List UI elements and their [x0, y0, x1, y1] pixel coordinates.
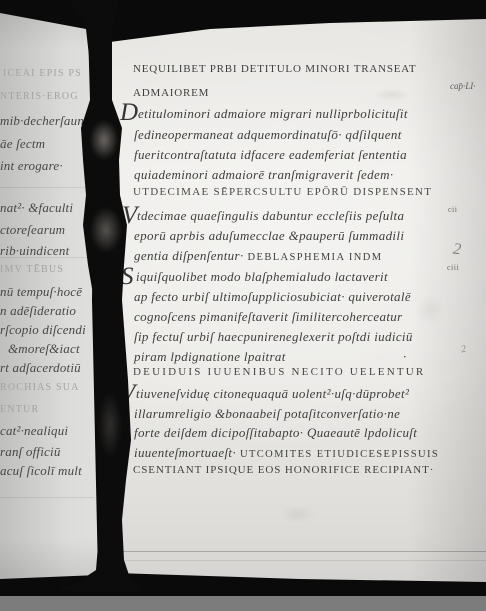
- page-edge-crease: [114, 560, 486, 561]
- manuscript-line: tiuveneſviduę citonequaquā uolent²·uſq·d…: [136, 386, 409, 402]
- manuscript-line: illarumreligio &bonaabeiſ potaſitconverſ…: [134, 406, 400, 422]
- manuscript-line: fueritcontraſtatuta idfacere eademferiat…: [134, 147, 407, 163]
- manuscript-line: tdecimae quaeſingulis dabuntur eccleſiis…: [137, 208, 404, 224]
- parchment-smudge: [280, 505, 316, 523]
- manuscript-line: piram lpdignatione lpaitrat: [134, 349, 286, 365]
- manuscript-line: ENTUR: [0, 404, 39, 415]
- margin-flourish: 2: [452, 241, 462, 260]
- parchment-smudge: [415, 295, 445, 325]
- manuscript-line: mib·decherſaun: [0, 113, 84, 129]
- manuscript-line: ICEAI EPIS PS: [3, 68, 82, 79]
- punctuation-dot: ·: [403, 349, 407, 365]
- manuscript-line: forte deiſdem dicipoſſitabapto· Quaeautē…: [134, 425, 417, 441]
- manuscript-line: int erogare·: [0, 158, 63, 174]
- manuscript-line: nū tempuſ·hocē: [0, 284, 82, 300]
- manuscript-heading-line: UTDECIMAE SĒPERCSULTU EPŌRŪ DISPENSENT: [133, 186, 432, 198]
- page-edge-crease: [110, 551, 486, 552]
- manuscript-photo: ICEAI EPIS PS NTERIS·EROG mib·decherſaun…: [0, 0, 486, 611]
- initial-letter-D: D: [120, 100, 138, 125]
- manuscript-line: ROCHIAS SUA: [0, 382, 80, 393]
- manuscript-line: rſcopio diſcendi: [0, 322, 86, 338]
- manuscript-line: nat²· &faculti: [0, 200, 73, 216]
- line-caps-part: DEBLASPHEMIA INDM: [248, 252, 383, 263]
- manuscript-heading-line: NEQUILIBET PRBI DETITULO MINORI TRANSEAT: [133, 63, 416, 75]
- manuscript-line: cognoſcens pimanifeſtaverit ſimilitercoh…: [134, 309, 403, 325]
- manuscript-line: ap fecto urbiſ ultimoſuppliciosubiciat· …: [134, 289, 411, 305]
- manuscript-line: ſip fectuſ urbiſ haecpunireneglexerit po…: [134, 329, 413, 345]
- bottom-grey-strip: [0, 596, 486, 611]
- line-caps-part: UTCOMITES ETIUDICESEPISSUIS: [240, 449, 439, 460]
- manuscript-line: IMV TĒBUS: [0, 264, 64, 275]
- manuscript-heading-line: DEUIDUIS IUUENIBUS NECITO UELENTUR: [133, 366, 425, 378]
- line-minuscule-part: iuuenteſmortuaeſt·: [134, 445, 236, 460]
- manuscript-line: eporū aprbis aduſumecclae &pauperū ſumma…: [134, 228, 404, 244]
- chapter-number-margin: cap̄·LI·: [450, 81, 476, 91]
- manuscript-line: cat²·nealiqui: [0, 423, 68, 439]
- manuscript-line: ſedineopermaneat adquemordinatuſō· qdſil…: [134, 127, 402, 143]
- margin-numeral-ciii: ciii: [447, 263, 459, 272]
- margin-flourish: 2: [460, 344, 467, 356]
- manuscript-line: rib·uindicent: [0, 243, 69, 259]
- manuscript-line: gentia diſpenſentur·DEBLASPHEMIA INDM: [134, 248, 382, 264]
- line-minuscule-part: gentia diſpenſentur·: [134, 248, 244, 263]
- manuscript-heading-line: ADMAIOREM: [133, 87, 209, 99]
- manuscript-line: acuſ ſicolī mult: [0, 463, 82, 479]
- manuscript-line: NTERIS·EROG: [0, 91, 79, 102]
- manuscript-line: ranſ officiū: [0, 444, 61, 460]
- manuscript-line: āe ſectm: [0, 136, 45, 152]
- manuscript-line: iuuenteſmortuaeſt·UTCOMITES ETIUDICESEPI…: [134, 445, 439, 461]
- margin-numeral-cii: cii: [448, 205, 458, 214]
- manuscript-heading-line: CSENTIANT IPSIQUE EOS HONORIFICE RECIPIA…: [133, 464, 434, 476]
- manuscript-line: iquiſquolibet modo blaſphemialudo lactav…: [136, 269, 388, 285]
- manuscript-line: ctoreſearum: [0, 222, 65, 238]
- ruling-line: [0, 187, 92, 188]
- parchment-smudge: [372, 88, 412, 102]
- manuscript-line: quiademinori admaiorē tranſmigraverit ſe…: [134, 167, 394, 183]
- manuscript-line: &moreſ&iact: [8, 341, 80, 357]
- manuscript-line: n adēſideratio: [0, 303, 76, 319]
- manuscript-line: etitulominori admaiore migrari nulliprbo…: [138, 106, 408, 122]
- manuscript-line: rt adſacerdotiū: [0, 360, 81, 376]
- ruling-line: [0, 497, 94, 498]
